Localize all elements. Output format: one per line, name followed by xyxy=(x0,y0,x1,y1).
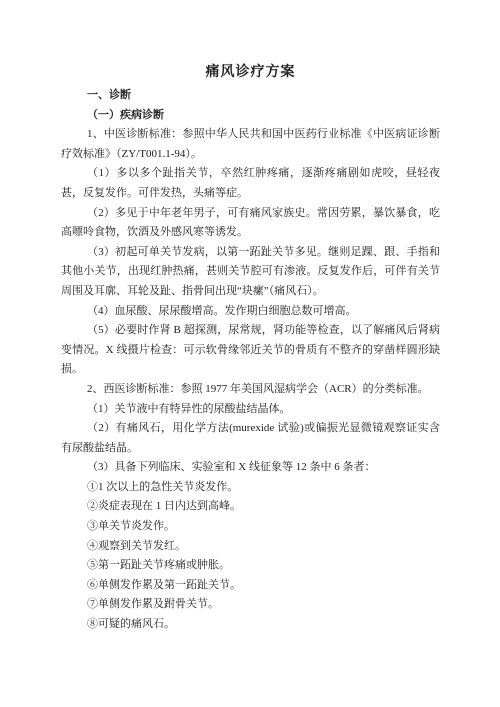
paragraph-western-standard: 2、西医诊断标准：参照 1977 年美国风湿病学会（ACR）的分类标准。 xyxy=(61,380,440,400)
list-item-6: ⑥单侧发作累及第一跖趾关节。 xyxy=(61,576,440,596)
list-item-3: ③单关节炎发作。 xyxy=(61,517,440,537)
paragraph-tcm-standard: 1、中医诊断标准：参照中华人民共和国中医药行业标准《中医病证诊断疗效标准》（ZY… xyxy=(61,125,440,164)
list-item-1: ①1 次以上的急性关节炎发作。 xyxy=(61,478,440,498)
list-item-4: ④观察到关节发红。 xyxy=(61,537,440,557)
subsection-heading-disease-diagnosis: （一）疾病诊断 xyxy=(61,106,440,126)
list-item-8: ⑧可疑的痛风石。 xyxy=(61,615,440,635)
paragraph-western-item-2: （2）有痛风石，用化学方法(murexide 试验)或偏振光显微镜观察证实含有尿… xyxy=(61,419,440,458)
list-item-5: ⑤第一跖趾关节疼痛或肿胀。 xyxy=(61,556,440,576)
list-item-2: ②炎症表现在 1 日内达到高峰。 xyxy=(61,497,440,517)
paragraph-tcm-item-2: （2）多见于中年老年男子，可有痛风家族史。常因劳累，暴饮暴食，吃高嘌呤食物，饮酒… xyxy=(61,204,440,243)
document-page: 痛风诊疗方案 一、诊断 （一）疾病诊断 1、中医诊断标准：参照中华人民共和国中医… xyxy=(0,0,500,707)
document-content: 痛风诊疗方案 一、诊断 （一）疾病诊断 1、中医诊断标准：参照中华人民共和国中医… xyxy=(61,62,440,635)
paragraph-tcm-item-5: （5）必要时作肾 B 超探测，尿常规，肾功能等检查，以了解痛风后肾病变情况。X … xyxy=(61,321,440,380)
paragraph-western-item-1: （1）关节液中有特异性的尿酸盐结晶体。 xyxy=(61,400,440,420)
paragraph-tcm-item-3: （3）初起可单关节发病，以第一跖趾关节多见。继则足踝、跟、手指和其他小关节，出现… xyxy=(61,243,440,302)
list-item-7: ⑦单侧发作累及跗骨关节。 xyxy=(61,595,440,615)
section-heading-diagnosis: 一、诊断 xyxy=(61,86,440,106)
paragraph-tcm-item-1: （1）多以多个趾指关节，卒然红肿疼痛，逐渐疼痛剧如虎咬，昼轻夜甚，反复发作。可伴… xyxy=(61,164,440,203)
paragraph-tcm-item-4: （4）血尿酸、尿尿酸增高。发作期白细胞总数可增高。 xyxy=(61,302,440,322)
paragraph-western-item-3: （3）具备下列临床、实验室和 X 线征象等 12 条中 6 条者： xyxy=(61,458,440,478)
document-title: 痛风诊疗方案 xyxy=(61,62,440,84)
